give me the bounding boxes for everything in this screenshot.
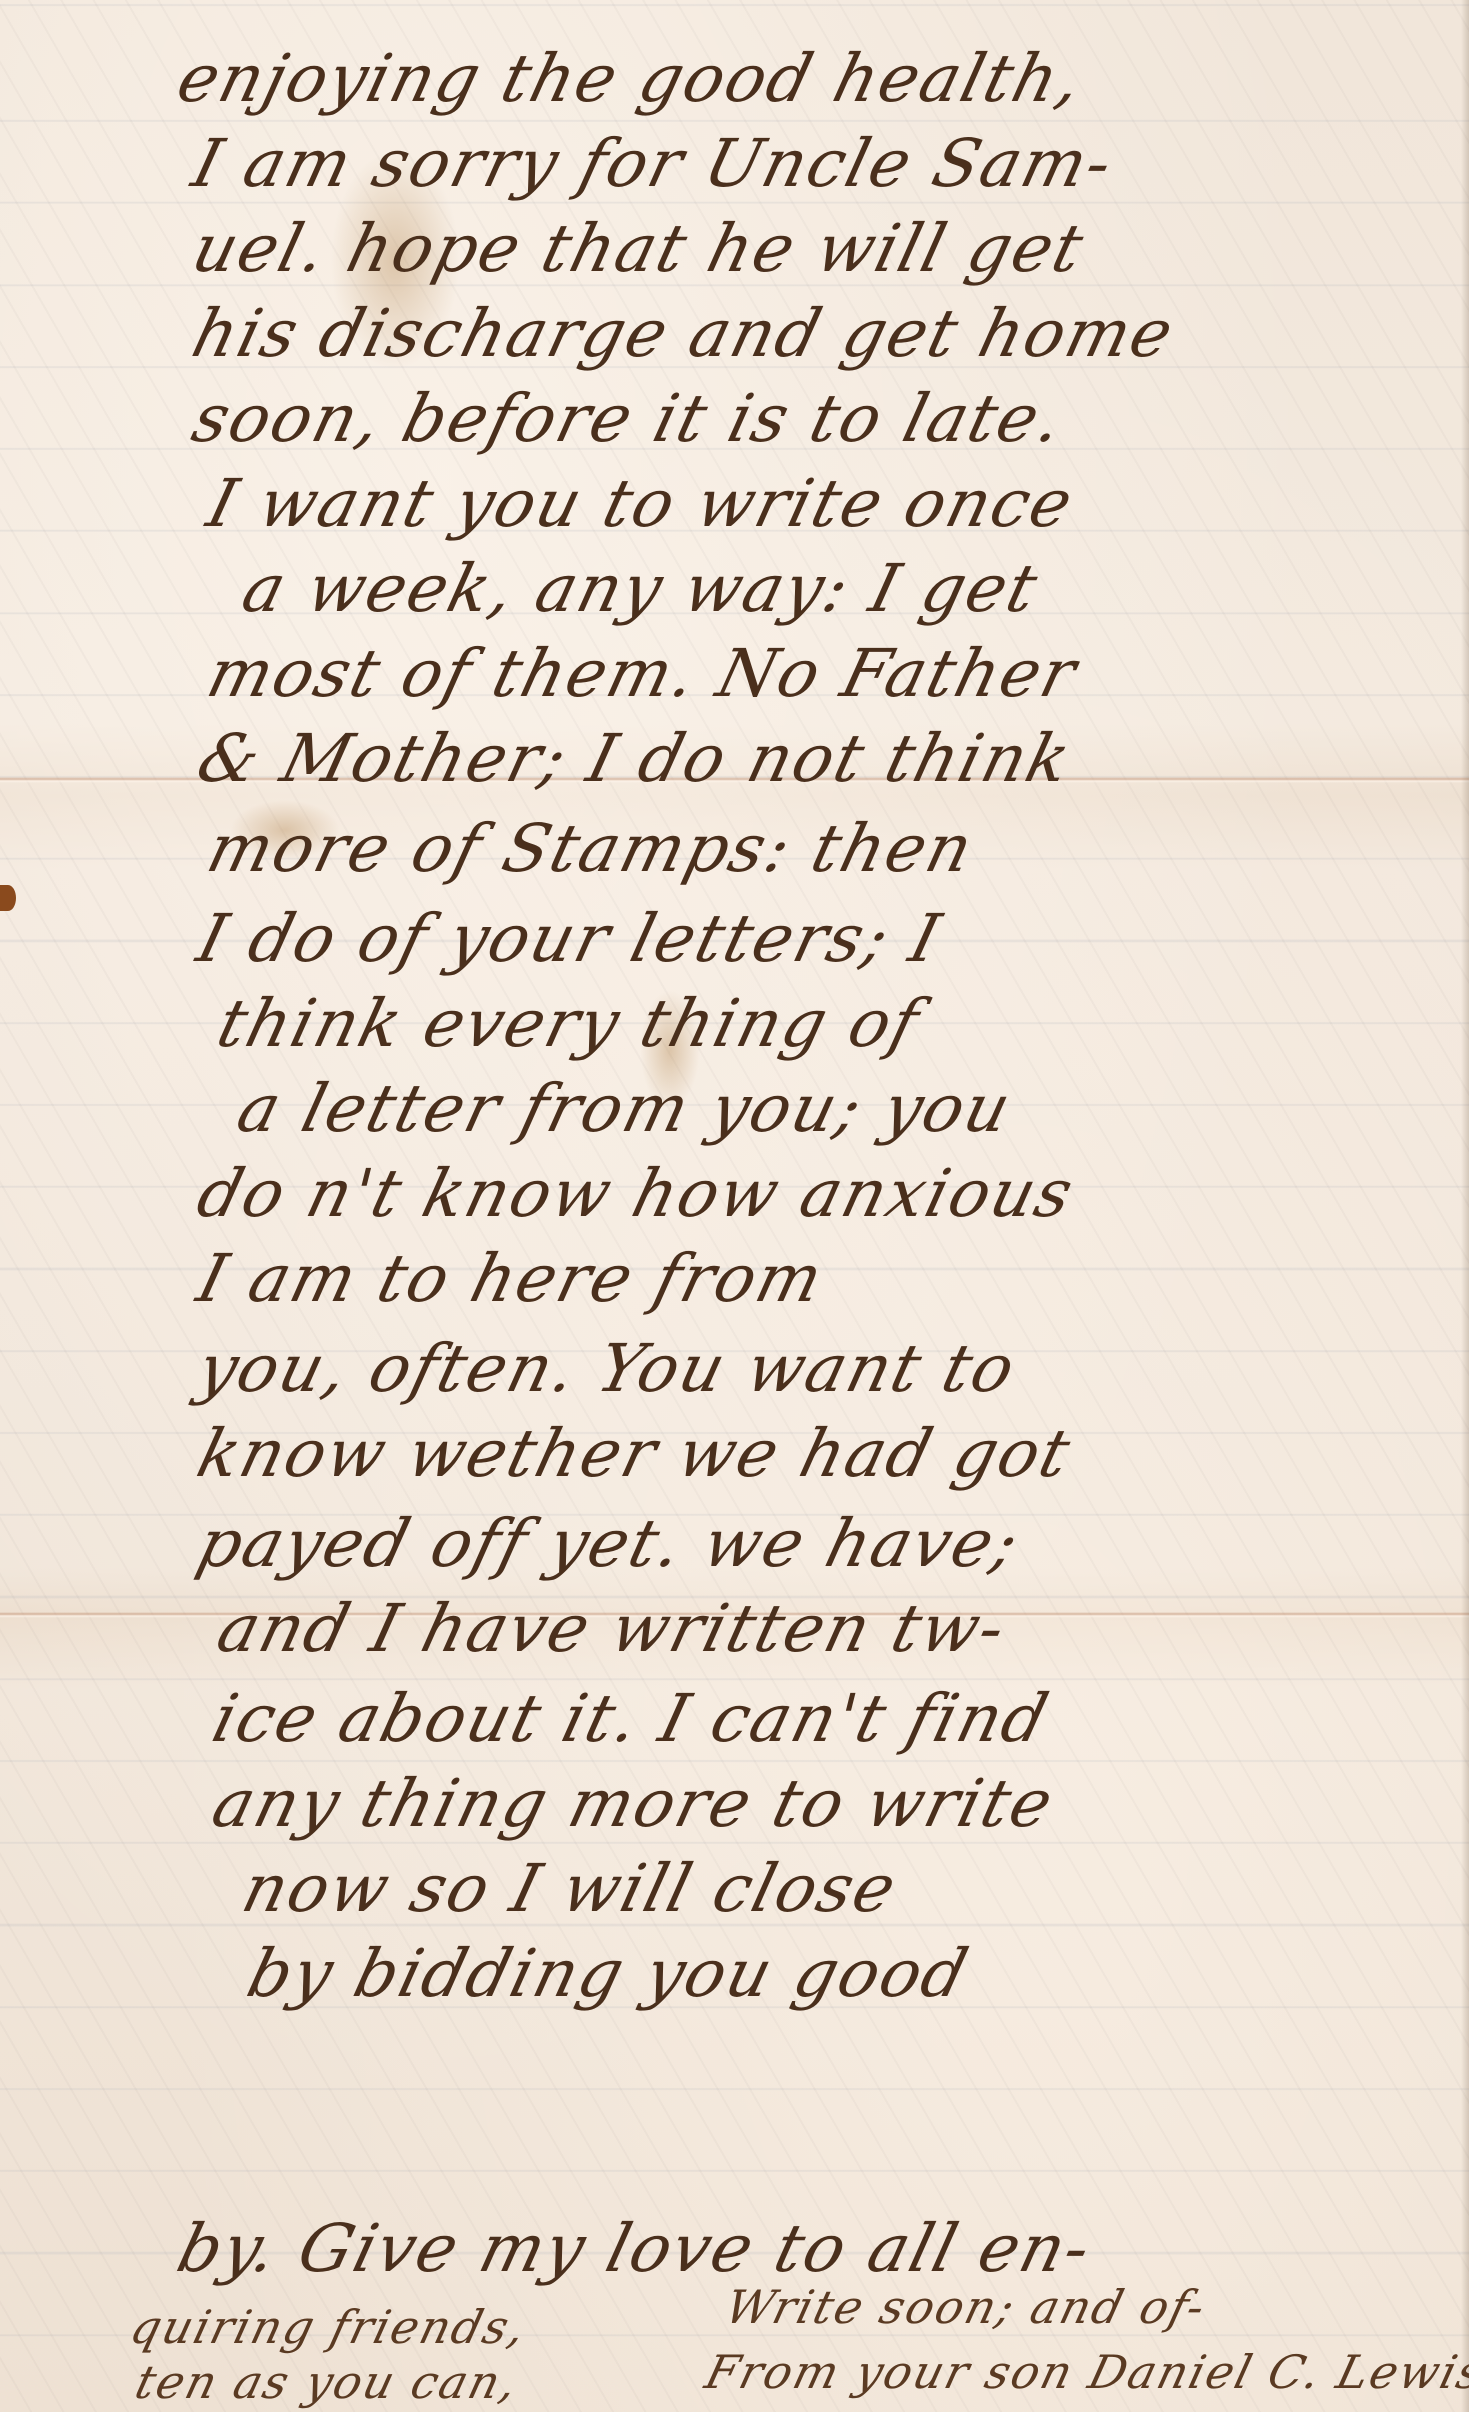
letter-line: by bidding you good [240, 1935, 977, 2012]
letter-line: and I have written tw- [210, 1590, 1015, 1667]
letter-line: you, often. You want to [190, 1330, 1024, 1407]
page-edge [1461, 0, 1469, 2412]
letter-line: now so I will close [235, 1850, 905, 1927]
letter-line: enjoying the good health, [170, 40, 1091, 117]
letter-line: soon, before it is to late. [185, 380, 1072, 457]
letter-line: ice about it. I can't find [205, 1680, 1057, 1757]
letter-line: I want you to write once [200, 465, 1082, 542]
letter-line: I am sorry for Uncle Sam- [185, 125, 1122, 202]
letter-line: & Mother; I do not think [190, 720, 1079, 797]
letter-line: any thing more to write [205, 1765, 1062, 1842]
pin-hole [0, 885, 16, 911]
signature: From your son Daniel C. Lewis [700, 2345, 1469, 2399]
letter-line: his discharge and get home [185, 295, 1182, 372]
letter-line: think every thing of [210, 985, 928, 1062]
closing-line: quiring friends, [125, 2300, 533, 2354]
letter-page: enjoying the good health, I am sorry for… [0, 0, 1469, 2412]
letter-line: payed off yet. we have; [190, 1505, 1028, 1582]
letter-line: know wether we had got [190, 1415, 1079, 1492]
letter-line: do n't know how anxious [190, 1155, 1082, 1232]
letter-line: I am to here from [190, 1240, 832, 1317]
letter-line: a letter from you; you [230, 1070, 1020, 1147]
closing-line: ten as you can, [130, 2355, 524, 2409]
letter-line: most of them. No Father [200, 635, 1085, 712]
closing-line: Write soon; and of- [720, 2280, 1212, 2334]
letter-line: uel. hope that he will get [185, 210, 1092, 287]
letter-line: more of Stamps: then [200, 810, 982, 887]
letter-line: by. Give my love to all en- [170, 2210, 1100, 2287]
letter-line: I do of your letters; I [190, 900, 949, 977]
letter-line: a week, any way: I get [235, 550, 1046, 627]
